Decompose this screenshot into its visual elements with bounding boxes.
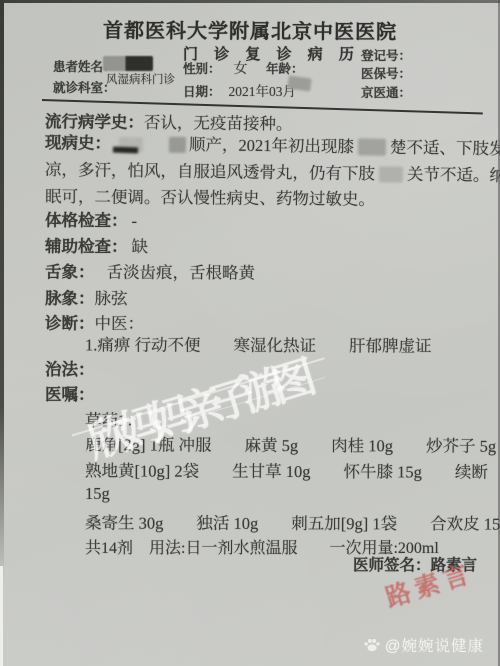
hpi-text-3: 凉，多汗，怕风，自服追风透骨丸，仍有下肢 [45, 160, 375, 183]
redaction-box [169, 137, 186, 153]
gender-field: 性别：女 [183, 58, 248, 78]
hpi-text-1: 顺产，2021年初出现膝 [189, 135, 354, 156]
hpi-label: 现病史： [45, 134, 111, 153]
field-treatment: 治法： [45, 356, 95, 380]
field-tongue: 舌象：舌淡齿痕，舌根略黄 [45, 258, 255, 283]
pulse-value: 脉弦 [94, 289, 127, 308]
gender-label: 性别： [183, 62, 221, 76]
pulse-label: 脉象： [45, 290, 95, 308]
auxiliary-label: 辅助检查： [45, 238, 128, 256]
diagnosis-value: 中医： [94, 314, 144, 333]
redaction-box [379, 166, 403, 182]
field-hpi-line1: 现病史：顺产，2021年初出现膝楚不适、下肢发 [45, 129, 500, 159]
redaction-box [358, 138, 386, 155]
credit-text: @婉婉说健康 [385, 634, 484, 656]
auxiliary-value: 缺 [131, 237, 148, 256]
jingyitong-label: 京医通： [361, 83, 411, 101]
diagnosis-detail: 1.痛痹 行动不便 寒湿化热证 肝郁脾虚证 [85, 331, 432, 356]
age-label: 年龄： [266, 59, 304, 77]
tongue-value: 舌淡齿痕，舌根略黄 [106, 263, 255, 283]
herbs-line-4: 桑寄生 30g 独活 10g 刺五加[9g] 1袋 合欢皮 15g [85, 509, 500, 534]
photo-edge-left [0, 0, 4, 580]
registration-no-label: 登记号： [361, 46, 411, 64]
treatment-label: 治法： [45, 361, 95, 379]
hpi-text-4: 关节不适。纳 [407, 165, 500, 185]
photo-edge-left-light [0, 566, 3, 666]
diagnosis-label: 诊断： [45, 315, 95, 333]
hospital-title: 首都医科大学附属北京中医医院 [0, 14, 500, 46]
insurance-no-label: 医保号： [361, 64, 411, 82]
field-pulse: 脉象：脉弦 [45, 285, 128, 309]
hpi-text-2: 楚不适、下肢发 [390, 138, 500, 159]
medical-record-photo: 首都医科大学附属北京中医医院 门 诊 复 诊 病 历 登记号： 医保号： 京医通… [0, 0, 500, 666]
department-value: 风湿病科门诊 [106, 74, 176, 87]
advice-label: 医嘱： [45, 386, 95, 404]
credit-watermark: @婉婉说健康 [363, 634, 484, 656]
date-field: 日期：2021年03月 [183, 80, 296, 100]
photo-edge-top [0, 0, 500, 3]
field-advice: 医嘱： [45, 381, 95, 405]
herbs-line-3: 15g [85, 484, 110, 504]
field-hpi-line3: 眠可，二便调。否认慢性病史、药物过敏史。 [45, 183, 375, 210]
redaction-smudge [113, 147, 138, 154]
date-label: 日期： [183, 85, 221, 99]
patient-name-redaction [103, 56, 153, 71]
field-auxiliary: 辅助检查：缺 [45, 233, 148, 258]
paw-print-icon [363, 637, 381, 653]
gender-value: 女 [234, 62, 248, 77]
physical-label: 体格检查： [45, 212, 128, 230]
herbs-line-2: 熟地黄[10g] 2袋 生甘草 10g 怀牛膝 15g 续断 [85, 457, 488, 482]
tongue-label: 舌象： [45, 263, 95, 281]
field-hpi-line2: 凉，多汗，怕风，自服追风透骨丸，仍有下肢关节不适。纳 [45, 156, 500, 186]
physical-value: - [131, 211, 137, 230]
date-value: 2021年03月 [229, 84, 297, 99]
field-physical: 体格检查：- [45, 207, 137, 231]
